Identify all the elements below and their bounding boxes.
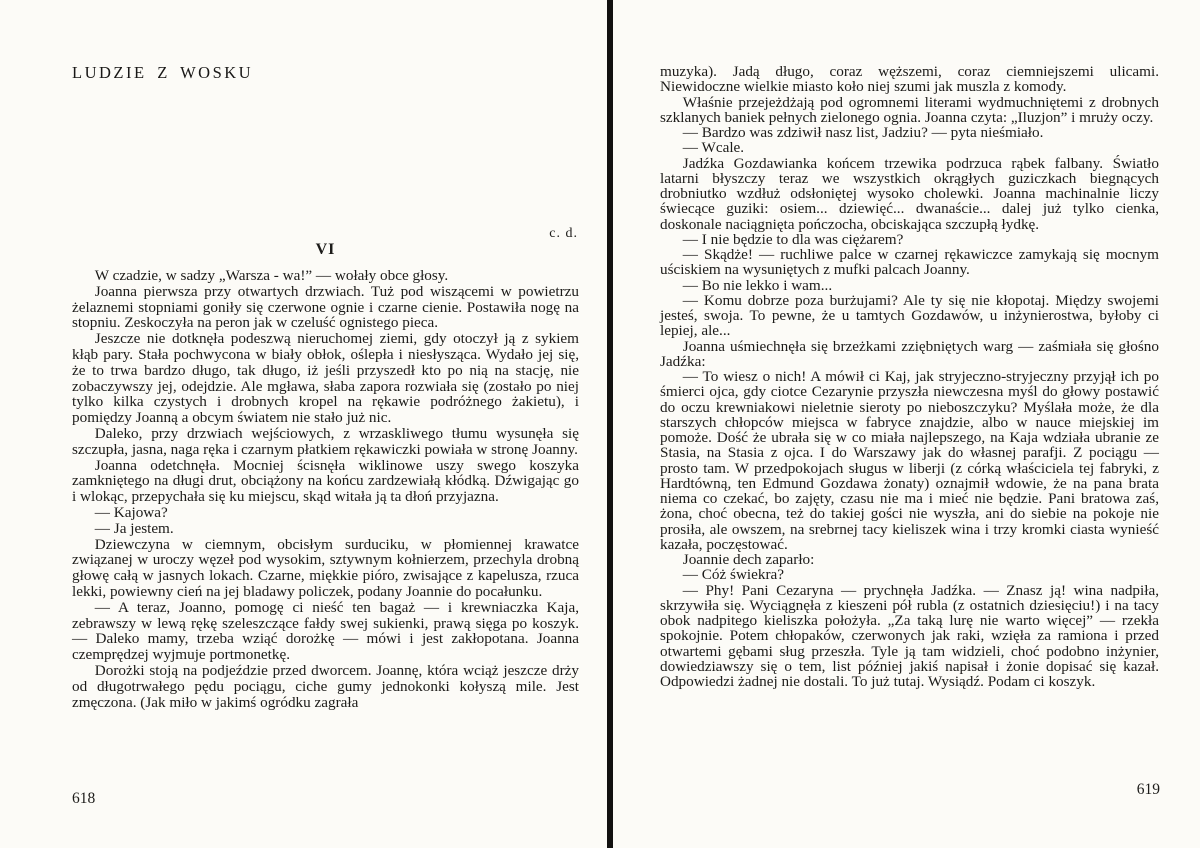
paragraph: Joannie dech zaparło: (660, 552, 1159, 567)
page-number-left: 618 (72, 790, 95, 808)
dialogue-line: — I nie będzie to dla was ciężarem? (660, 232, 1159, 247)
paragraph: muzyka). Jadą długo, coraz węższemi, cor… (660, 64, 1159, 95)
dialogue-line: — Bardzo was zdziwił nasz list, Jadziu? … (660, 125, 1159, 140)
paragraph: Jadźka Gozdawianka końcem trzewika podrz… (660, 156, 1159, 232)
paragraph: Dorożki stoją na podjeździe przed dworce… (72, 663, 579, 710)
paragraph: Jeszcze nie dotknęła podeszwą nieruchome… (72, 331, 579, 426)
dialogue-line: — Komu dobrze poza burżujami? Ale ty się… (660, 293, 1159, 339)
running-title: LUDZIE Z WOSKU (72, 63, 253, 83)
paragraph: — Phy! Pani Cezaryna — prychnęła Jadźka.… (660, 583, 1159, 690)
dialogue-line: — Ja jestem. (72, 521, 579, 537)
right-page-body: muzyka). Jadą długo, coraz węższemi, cor… (660, 64, 1159, 689)
chapter-heading: VI (72, 241, 579, 259)
left-page-body: W czadzie, w sadzy „Warsza - wa!” — woła… (72, 268, 579, 710)
paragraph: Dziewczyna w ciemnym, obcisłym surduciku… (72, 537, 579, 600)
dialogue-line: — Kajowa? (72, 505, 579, 521)
paragraph: W czadzie, w sadzy „Warsza - wa!” — woła… (72, 268, 579, 284)
page-number-right: 619 (1110, 781, 1160, 799)
paragraph: Joanna uśmiechnęła się brzeżkami zziębni… (660, 339, 1159, 370)
paragraph: Właśnie przejeżdżają pod ogromnemi liter… (660, 95, 1159, 126)
dialogue-line: — Skądże! — ruchliwe palce w czarnej ręk… (660, 247, 1159, 278)
paragraph: — A teraz, Joanno, pomogę ci nieść ten b… (72, 600, 579, 663)
continuation-mark: c. d. (440, 226, 578, 242)
paragraph: Joanna odetchnęła. Mocniej ścisnęła wikl… (72, 458, 579, 505)
paragraph: Daleko, przy drzwiach wejściowych, z wrz… (72, 426, 579, 458)
paragraph: — To wiesz o nich! A mówił ci Kaj, jak s… (660, 369, 1159, 552)
dialogue-line: — Wcale. (660, 140, 1159, 155)
paragraph: Joanna pierwsza przy otwartych drzwiach.… (72, 284, 579, 331)
dialogue-line: — Bo nie lekko i wam... (660, 278, 1159, 293)
dialogue-line: — Cóż świekra? (660, 567, 1159, 582)
gutter-divider (607, 0, 613, 848)
